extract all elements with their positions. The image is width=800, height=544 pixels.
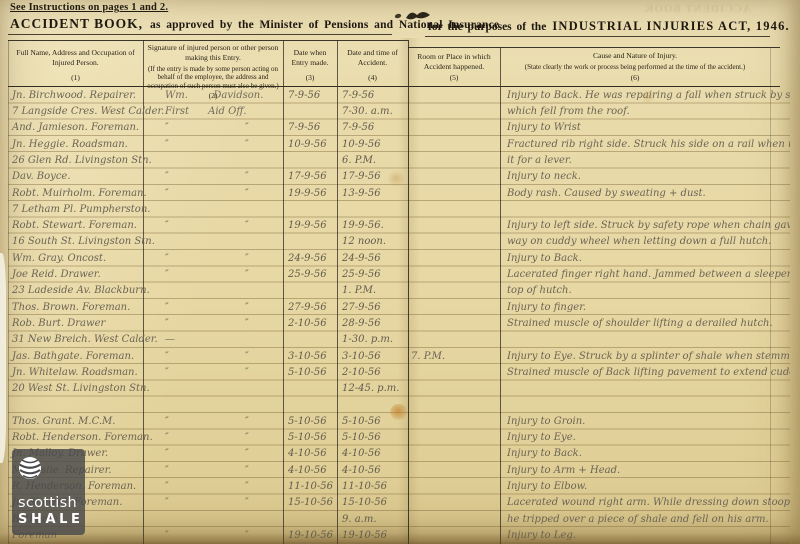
ledger-cell-c6 xyxy=(500,410,790,412)
ledger-cell-c2: ″ ″ xyxy=(143,140,283,152)
ink-blot-icon xyxy=(392,7,434,25)
ledger-cell-c2: ″ ″ xyxy=(143,123,283,135)
ledger-cell-c5 xyxy=(408,394,500,396)
ledger-cell-c2: ″ ″ xyxy=(143,221,283,233)
ledger-cell-c5 xyxy=(408,525,500,527)
ledger-cell-c3: 10-9-56 xyxy=(283,140,337,152)
ledger-cell-c2: ″ ″ xyxy=(143,466,283,478)
ledger-cell-c2: ″ ″ xyxy=(143,270,283,282)
ledger-cell-c1 xyxy=(8,410,143,412)
ledger-cell-c5 xyxy=(408,199,500,201)
watermark-line1: scottish xyxy=(18,496,79,512)
ledger-cell-c2: ″ ″ xyxy=(143,482,283,494)
ledger-cell-c3 xyxy=(283,166,337,168)
ledger-cell-c4: 7-30. a.m. xyxy=(337,107,408,119)
ledger-cell-c5 xyxy=(408,150,500,152)
ledger-cell-c6 xyxy=(500,215,790,217)
column-header-name: Full Name, Address and Occupation of Inj… xyxy=(8,40,143,86)
ledger-cell-c1: 23 Ladeside Av. Blackburn. xyxy=(8,286,143,298)
ledger-cell-c2: ″ ″ xyxy=(143,303,283,315)
ledger-cell-c1: Jas. Bathgate. Foreman. xyxy=(8,352,143,364)
ledger-cell-c1: Rob. Burt. Drawer xyxy=(8,319,143,331)
scottish-shale-watermark: scottish SHALE xyxy=(12,449,85,535)
ledger-cell-c6: Injury to Back. xyxy=(500,254,790,266)
ledger-cell-c6: it for a lever. xyxy=(500,156,790,168)
ledger-cell-c3: 7-9-56 xyxy=(283,123,337,135)
ledger-cell-c2: ″ ″ xyxy=(143,319,283,331)
column-header-signature: Signature of injured person or other per… xyxy=(143,40,283,86)
ledger-cell-c6: Lacerated wound right arm. While dressin… xyxy=(500,498,790,510)
ledger-cell-c6: Injury to left side. Struck by safety ro… xyxy=(500,221,790,233)
page-title-right: for the purposes of the INDUSTRIAL INJUR… xyxy=(428,19,790,34)
ledger-cell-c3: 27-9-56 xyxy=(283,303,337,315)
ledger-cell-c6: Injury to Arm + Head. xyxy=(500,466,790,478)
ledger-cell-c1: Jn. Whitelaw. Roadsman. xyxy=(8,368,143,380)
ledger-cell-c3: 19-9-56 xyxy=(283,221,337,233)
ledger-cell-c4: 27-9-56 xyxy=(337,303,408,315)
ledger-cell-c2: ″ ″ xyxy=(143,498,283,510)
ledger-cell-c4: 25-9-56 xyxy=(337,270,408,282)
ledger-cell-c2: ″ ″ xyxy=(143,172,283,184)
ledger-cell-c5 xyxy=(408,508,500,510)
title-purpose: for the purposes of the xyxy=(428,21,546,33)
ledger-cell-c5 xyxy=(408,427,500,429)
ledger-cell-c5 xyxy=(408,101,500,103)
ledger-cell-c5 xyxy=(408,117,500,119)
ledger-cell-c2: ″ ″ xyxy=(143,254,283,266)
ledger-cell-c2: Wm. Davidson. xyxy=(143,91,283,103)
ledger-cell-c1: Thos. Brown. Foreman. xyxy=(8,303,143,315)
ledger-cell-c6: Injury to Eye. xyxy=(500,433,790,445)
ledger-cell-c4: 12-45. p.m. xyxy=(337,384,408,396)
show-through-text: ACCIDENT BOOK xyxy=(600,3,795,15)
ledger-cell-c3: 24-9-56 xyxy=(283,254,337,266)
ledger-cell-c3 xyxy=(283,247,337,249)
ledger-cell-c3: 5-10-56 xyxy=(283,368,337,380)
ledger-cell-c2: ″ ″ xyxy=(143,449,283,461)
ledger-cell-c4: 24-9-56 xyxy=(337,254,408,266)
ledger-cell-c3 xyxy=(283,117,337,119)
column-header-entry-date: Date when Entry made. (3) xyxy=(283,40,337,86)
instructions-note: See Instructions on pages 1 and 2. xyxy=(10,2,168,13)
ledger-cell-c4: 5-10-56 xyxy=(337,433,408,445)
ledger-cell-c3: 4-10-56 xyxy=(283,466,337,478)
ledger-cell-c6: Lacerated finger right hand. Jammed betw… xyxy=(500,270,790,282)
ledger-cell-c4: 7-9-56 xyxy=(337,123,408,135)
ledger-cell-c3: 3-10-56 xyxy=(283,352,337,364)
title-underline-left xyxy=(8,34,392,35)
ledger-cell-c2: ″ ″ xyxy=(143,368,283,380)
ledger-cell-c3: 4-10-56 xyxy=(283,449,337,461)
ledger-cell-c5 xyxy=(408,280,500,282)
ledger-cell-c3: 17-9-56 xyxy=(283,172,337,184)
ledger-cell-c4: 10-9-56 xyxy=(337,140,408,152)
ledger-cell-c5 xyxy=(408,133,500,135)
ledger-cell-c4: 15-10-56 xyxy=(337,498,408,510)
ledger-cell-c6: way on cuddy wheel when letting down a f… xyxy=(500,237,790,249)
ledger-cell-c3: 7-9-56 xyxy=(283,91,337,103)
ledger-cell-c2 xyxy=(143,296,283,298)
ledger-cell-c4: 2-10-56 xyxy=(337,368,408,380)
title-act-name: INDUSTRIAL INJURIES ACT, 1946. xyxy=(552,19,790,34)
ledger-cell-c1: Jn. Heggie. Roadsman. xyxy=(8,140,143,152)
ledger-cell-c5 xyxy=(408,247,500,249)
column-header-cause: Cause and Nature of Injury. (State clear… xyxy=(500,47,770,86)
ledger-cell-c3: 5-10-56 xyxy=(283,433,337,445)
ledger-cell-c5: 7. P.M. xyxy=(408,352,500,364)
column-header-accident-date: Date and time of Accident. (4) xyxy=(337,40,408,86)
ledger-cell-c1: Jn. Birchwood. Repairer. xyxy=(8,91,143,103)
ledger-cell-c5 xyxy=(408,345,500,347)
ledger-cell-c1: Thos. Grant. M.C.M. xyxy=(8,417,143,429)
ledger-cell-c2 xyxy=(143,166,283,168)
ledger-cell-c1: 26 Glen Rd. Livingston Stn. xyxy=(8,156,143,168)
ledger-cell-c5 xyxy=(408,443,500,445)
ledger-cell-c1: 31 New Breich. West Calder. xyxy=(8,335,143,347)
ledger-cell-c1: Joe Reid. Drawer. xyxy=(8,270,143,282)
title-accident-book: ACCIDENT BOOK, xyxy=(10,16,143,32)
accident-book-page: See Instructions on pages 1 and 2. ACCID… xyxy=(0,0,800,544)
ledger-cell-c5 xyxy=(408,378,500,380)
ledger-cell-c4: 7-9-56 xyxy=(337,91,408,103)
ledger-cell-c1: 7 Langside Cres. West Calder. xyxy=(8,107,143,119)
title-underline-right xyxy=(425,36,770,37)
ledger-cell-c1: Robt. Stewart. Foreman. xyxy=(8,221,143,233)
ledger-cell-c2: ″ ″ xyxy=(143,189,283,201)
globe-icon xyxy=(18,455,44,482)
ledger-cell-c4: 11-10-56 xyxy=(337,482,408,494)
paper-stain xyxy=(640,90,656,103)
ledger-cell-c3: 25-9-56 xyxy=(283,270,337,282)
page-bottom-shadow xyxy=(0,533,800,544)
ledger-cell-c4: 28-9-56 xyxy=(337,319,408,331)
ledger-cell-c3 xyxy=(283,394,337,396)
ledger-cell-c6: top of hutch. xyxy=(500,286,790,298)
ledger-cell-c6: Injury to finger. xyxy=(500,303,790,315)
ledger-cell-c2 xyxy=(143,410,283,412)
ledger-cell-c6: Strained muscle of shoulder lifting a de… xyxy=(500,319,790,331)
ledger-cell-c6: Strained muscle of Back lifting pavement… xyxy=(500,368,790,380)
ledger-cell-c1: 7 Letham Pl. Pumpherston. xyxy=(8,205,143,217)
ledger-cell-c1: 20 West St. Livingston Stn. xyxy=(8,384,143,396)
ledger-cell-c5 xyxy=(408,313,500,315)
ledger-cell-c4: 1. P.M. xyxy=(337,286,408,298)
ledger-cell-c6: which fell from the roof. xyxy=(500,107,790,119)
paper-stain xyxy=(386,170,406,187)
ledger-cell-c5 xyxy=(408,296,500,298)
watermark-line2: SHALE xyxy=(18,512,79,528)
ledger-cell-c3 xyxy=(283,345,337,347)
ledger-cell-c5 xyxy=(408,215,500,217)
ledger-cell-c3: 15-10-56 xyxy=(283,498,337,510)
ledger-cell-c6: he tripped over a piece of shale and fel… xyxy=(500,515,790,527)
ledger-cell-c2: ″ ″ xyxy=(143,352,283,364)
ledger-cell-c5 xyxy=(408,329,500,331)
ledger-cell-c3: 11-10-56 xyxy=(283,482,337,494)
ledger-cell-c5 xyxy=(408,476,500,478)
ledger-cell-c1: Robt. Henderson. Foreman. xyxy=(8,433,143,445)
ledger-cell-c6: Injury to Eye. Struck by a splinter of s… xyxy=(500,352,790,364)
ledger-cell-c2: ″ ″ xyxy=(143,417,283,429)
ledger-cell-c6: Injury to Back. xyxy=(500,449,790,461)
ledger-cell-c4: 6. P.M. xyxy=(337,156,408,168)
ledger-rows: Jn. Birchwood. Repairer.Wm. Davidson.7-9… xyxy=(8,87,790,544)
ledger-cell-c6: Injury to Groin. xyxy=(500,417,790,429)
ledger-cell-c6: Injury to neck. xyxy=(500,172,790,184)
torn-page-edge xyxy=(0,253,6,463)
ledger-cell-c5 xyxy=(408,264,500,266)
column-header-place: Room or Place in which Accident happened… xyxy=(408,47,500,86)
ledger-cell-c5 xyxy=(408,459,500,461)
ledger-cell-c3: 2-10-56 xyxy=(283,319,337,331)
ledger-cell-c2: ″ ″ xyxy=(143,433,283,445)
ledger-cell-c2: First Aid Off. xyxy=(143,107,283,119)
ledger-cell-c3: 19-9-56 xyxy=(283,189,337,201)
ledger-cell-c1: And. Jamieson. Foreman. xyxy=(8,123,143,135)
ledger-cell-c2 xyxy=(143,394,283,396)
ledger-cell-c6 xyxy=(500,345,790,347)
ledger-cell-c6: Injury to Elbow. xyxy=(500,482,790,494)
ledger-cell-c2: — xyxy=(143,335,283,347)
ledger-cell-c5 xyxy=(408,492,500,494)
ledger-cell-c6: Fractured rib right side. Struck his sid… xyxy=(500,140,790,152)
ledger-cell-c5 xyxy=(408,410,500,412)
ledger-cell-c4: 1-30. p.m. xyxy=(337,335,408,347)
ledger-cell-c4: 4-10-56 xyxy=(337,449,408,461)
ledger-cell-c3 xyxy=(283,296,337,298)
ledger-cell-c4: 13-9-56 xyxy=(337,189,408,201)
ledger-cell-c5 xyxy=(408,182,500,184)
ink-stain xyxy=(390,404,408,420)
ledger-cell-c4 xyxy=(337,215,408,217)
ledger-cell-c4: 19-9-56. xyxy=(337,221,408,233)
ledger-cell-c5 xyxy=(408,166,500,168)
ledger-cell-c2 xyxy=(143,215,283,217)
ledger-cell-c6: Body rash. Caused by sweating + dust. xyxy=(500,189,790,201)
ledger-cell-c2 xyxy=(143,525,283,527)
ledger-cell-c5 xyxy=(408,231,500,233)
ledger-cell-c4: 4-10-56 xyxy=(337,466,408,478)
ledger-cell-c2 xyxy=(143,247,283,249)
ledger-cell-c4: 3-10-56 xyxy=(337,352,408,364)
ledger-cell-c3 xyxy=(283,215,337,217)
ledger-cell-c1: Wm. Gray. Oncost. xyxy=(8,254,143,266)
ledger-cell-c4: 12 noon. xyxy=(337,237,408,249)
ledger-cell-c3 xyxy=(283,525,337,527)
ledger-cell-c1: 16 South St. Livingston Stn. xyxy=(8,237,143,249)
ledger-cell-c4: 9. a.m. xyxy=(337,515,408,527)
ledger-cell-c6 xyxy=(500,394,790,396)
ledger-cell-c3: 5-10-56 xyxy=(283,417,337,429)
ledger-cell-c1: Dav. Boyce. xyxy=(8,172,143,184)
ledger-cell-c3 xyxy=(283,410,337,412)
ledger-cell-c1: Robt. Muirholm. Foreman. xyxy=(8,189,143,201)
ledger-cell-c6: Injury to Wrist xyxy=(500,123,790,135)
